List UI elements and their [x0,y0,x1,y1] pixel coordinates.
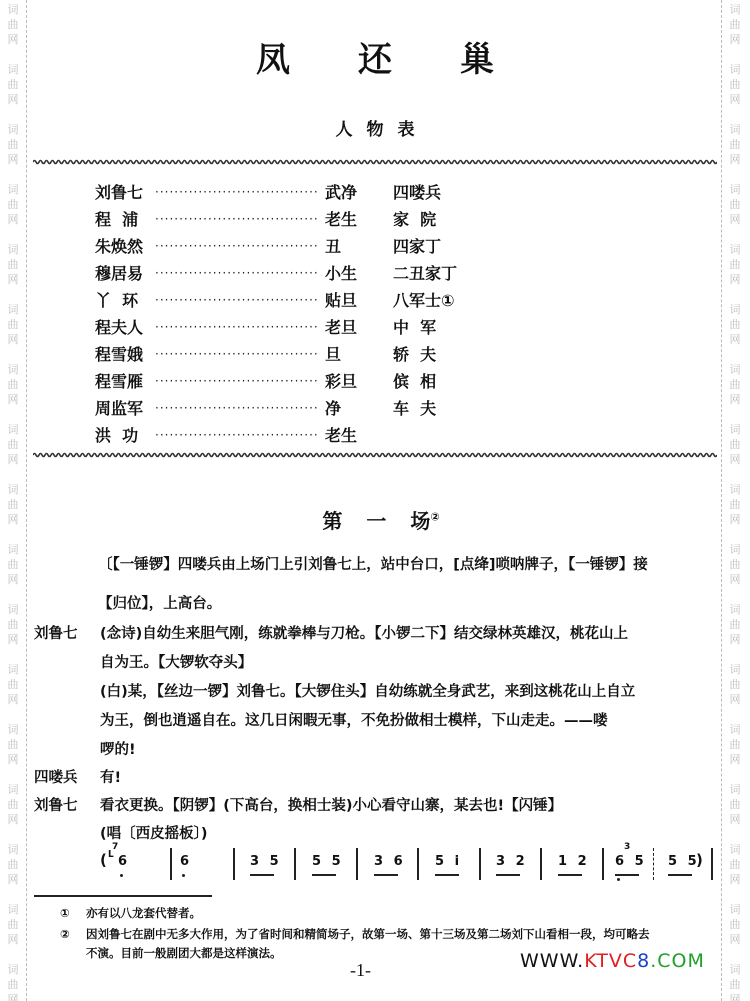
footnote-rule [34,895,212,897]
note-pair: 3 2 [496,854,528,869]
beam [250,874,274,876]
watermark-group: 词曲网 [0,722,26,767]
beam [435,874,459,876]
title-char: 凤 [256,32,290,81]
watermark-group: 词曲网 [722,542,748,587]
watermark-group: 词曲网 [722,422,748,467]
scene-title: 第一场② [0,505,750,534]
bar-line [170,848,172,880]
title-char: 还 [358,32,392,81]
cast-row: 丫 环··································贴旦八… [95,286,495,313]
leader-dots: ·································· [155,401,325,415]
bar-line [540,848,542,880]
footnote-ref-2[interactable]: ② [430,510,439,523]
watermark-group: 词曲网 [722,782,748,827]
dialogue-line: 自为王。【大锣软夺头】 [100,651,252,672]
grace-note: 3 [624,842,630,852]
note-pair: 3 5 [250,854,282,869]
leader-dots: ·································· [155,185,325,199]
beam [558,874,582,876]
wavy-divider-bottom [33,451,717,459]
dashed-bar-line [653,848,656,880]
dialogue-line: 为王，倒也逍遥自在。这几日闲暇无事，不免扮做相士模样，下山走走。——喽 [100,709,608,730]
extra-character: 四家丁 [393,234,483,257]
cast-row: 程 浦··································老生家… [95,205,495,232]
note-pair: 5 5 [312,854,344,869]
extra-character: 四喽兵 [393,180,483,203]
site-part: KTV [584,950,623,972]
bar-line [233,848,235,880]
cast-row: 洪 功··································老生 [95,421,495,448]
leader-dots: ·································· [155,374,325,388]
site-part: .COM [650,950,705,972]
cast-heading-char: 表 [398,115,415,140]
role-type: 武净 [325,180,393,203]
leader-dots: ·································· [155,428,325,442]
footnote-2-cont: 不演。目前一般剧团大都是这样演法。 [86,945,282,961]
character-name: 刘鲁七 [95,180,155,203]
footnote-marker: ② [60,927,86,941]
leader-dots: ·································· [155,212,325,226]
watermark-group: 词曲网 [0,422,26,467]
cast-heading: 人物表 [0,115,750,140]
extra-character: 八军士① [393,288,483,311]
note-pair: 5 5 [668,854,700,869]
bar-line-end [711,848,713,880]
site-part: 8 [637,950,650,972]
wavy-divider-top [33,158,717,166]
extra-character: 车 夫 [393,396,483,419]
role-type: 老生 [325,423,393,446]
extra-character: 傧 相 [393,369,483,392]
watermark-group: 词曲网 [0,242,26,287]
watermark-group: 词曲网 [0,902,26,947]
watermark-group: 词曲网 [0,962,26,1001]
watermark-group: 词曲网 [0,662,26,707]
role-type: 净 [325,396,393,419]
watermark-group: 词曲网 [722,842,748,887]
extra-character: 轿 夫 [393,342,483,365]
bar-line [417,848,419,880]
page-title: 凤还巢 [0,32,750,81]
cast-row: 程雪雁··································彩旦傧… [95,367,495,394]
watermark-group: 词曲网 [722,302,748,347]
character-name: 程雪娥 [95,342,155,365]
role-type: 老生 [325,207,393,230]
footnote-1: ①亦有以八龙套代替者。 [60,905,201,921]
cast-heading-char: 人 [336,115,353,140]
note-pair: 5 i [435,854,462,869]
leader-dots: ·································· [155,347,325,361]
stage-direction-line: 〔【一锤锣】四喽兵由上场门上引刘鲁七上，站中台口，[点绛]唢呐牌子，【一锤锣】接 [98,553,648,574]
leader-dots: ·································· [155,266,325,280]
watermark-group: 词曲网 [722,962,748,1001]
leader-dots: ·································· [155,293,325,307]
note-pair: 3 6 [374,854,406,869]
beam [496,874,520,876]
notation-paren-open: ( [100,851,107,869]
cast-row: 程夫人··································老旦中… [95,313,495,340]
scene-title-char: 一 [366,505,386,534]
cast-row: 朱焕然··································丑四家… [95,232,495,259]
low-octave-dot [120,874,123,877]
watermark-column-left: 词曲网词曲网词曲网词曲网词曲网词曲网词曲网词曲网词曲网词曲网词曲网词曲网词曲网词… [0,0,27,1001]
bar-line [602,848,604,880]
leader-dots: ·································· [155,239,325,253]
bar-line [479,848,481,880]
watermark-group: 词曲网 [0,842,26,887]
cast-list: 刘鲁七··································武净四… [95,178,495,448]
dialogue-line: 啰的! [100,738,136,759]
site-part: WWW. [520,950,584,972]
watermark-group: 词曲网 [0,182,26,227]
role-type: 小生 [325,261,393,284]
watermark-group: 词曲网 [722,362,748,407]
role-type: 丑 [325,234,393,257]
watermark-group: 词曲网 [722,242,748,287]
character-name: 程 浦 [95,207,155,230]
beam [668,874,692,876]
role-type: 贴旦 [325,288,393,311]
watermark-group: 词曲网 [722,722,748,767]
watermark-group: 词曲网 [722,662,748,707]
beam [374,874,398,876]
watermark-group: 词曲网 [0,602,26,647]
watermark-column-right: 词曲网词曲网词曲网词曲网词曲网词曲网词曲网词曲网词曲网词曲网词曲网词曲网词曲网词… [721,0,750,1001]
cast-row: 周监军··································净车 … [95,394,495,421]
character-name: 穆居易 [95,261,155,284]
note-pair: 6 5 [615,854,647,869]
scene-title-char: 场 [410,505,430,534]
cast-row: 刘鲁七··································武净四… [95,178,495,205]
scene-title-char: 第 [322,505,342,534]
footnote-2: ②因刘鲁七在剧中无多大作用，为了省时间和精简场子，故第一场、第十三场及第二场刘下… [60,926,650,942]
notation-paren-close: ) [696,851,703,869]
role-type: 彩旦 [325,369,393,392]
character-name: 周监军 [95,396,155,419]
leader-dots: ·································· [155,320,325,334]
character-name: 程夫人 [95,315,155,338]
character-name: 朱焕然 [95,234,155,257]
footnote-text: 因刘鲁七在剧中无多大作用，为了省时间和精简场子，故第一场、第十三场及第二场刘下山… [86,927,650,941]
dialogue-line: 看衣更换。【阴锣】(下高台，换相士装)小心看守山寨，某去也!【闪锤】 [100,794,562,815]
watermark-group: 词曲网 [722,602,748,647]
speaker-label: 四喽兵 [34,766,78,787]
watermark-group: 词曲网 [0,362,26,407]
beam [312,874,336,876]
character-name: 程雪雁 [95,369,155,392]
role-type: 旦 [325,342,393,365]
dialogue-line: (唱〔西皮摇板〕) [100,822,208,843]
watermark-group: 词曲网 [722,182,748,227]
footnote-text: 亦有以八龙套代替者。 [86,906,201,920]
stage-direction-line: 【归位】，上高台。 [98,592,221,613]
speaker-label: 刘鲁七 [34,622,78,643]
note-pair: 1 2 [558,854,590,869]
page-number: -1- [350,960,371,981]
jianpu-notation: ( 7 ᒪ 6 6 3 5 5 5 3 6 5 i 3 2 1 2 6 5 3 … [98,846,718,886]
low-octave-dot [182,874,185,877]
character-name: 洪 功 [95,423,155,446]
cast-row: 程雪娥··································旦轿 … [95,340,495,367]
bar-line [294,848,296,880]
site-watermark-link[interactable]: WWW.KTVC8.COM [520,950,705,972]
cast-row: 穆居易··································小生二… [95,259,495,286]
watermark-group: 词曲网 [0,542,26,587]
role-type: 老旦 [325,315,393,338]
extra-character: 家 院 [393,207,483,230]
extra-character: 中 军 [393,315,483,338]
grace-mark: ᒪ [108,850,114,860]
site-part: C [623,950,637,972]
title-char: 巢 [460,32,494,81]
cast-heading-char: 物 [367,115,384,140]
character-name: 丫 环 [95,288,155,311]
bar-line [356,848,358,880]
note: 6 [118,854,127,869]
low-octave-dot [617,878,620,881]
dialogue-line: (念诗)自幼生来胆气刚，练就拳棒与刀枪。【小锣二下】结交绿林英雄汉，桃花山上 [100,622,628,643]
watermark-group: 词曲网 [0,782,26,827]
note: 6 [180,854,189,869]
dialogue-line: (白)某，【丝边一锣】刘鲁七。【大锣住头】自幼练就全身武艺，来到这桃花山上自立 [100,680,635,701]
beam [615,874,639,876]
extra-character: 二丑家丁 [393,261,483,284]
watermark-group: 词曲网 [722,902,748,947]
footnote-marker: ① [60,906,86,920]
dialogue-line: 有! [100,766,121,787]
watermark-group: 词曲网 [0,302,26,347]
speaker-label: 刘鲁七 [34,794,78,815]
